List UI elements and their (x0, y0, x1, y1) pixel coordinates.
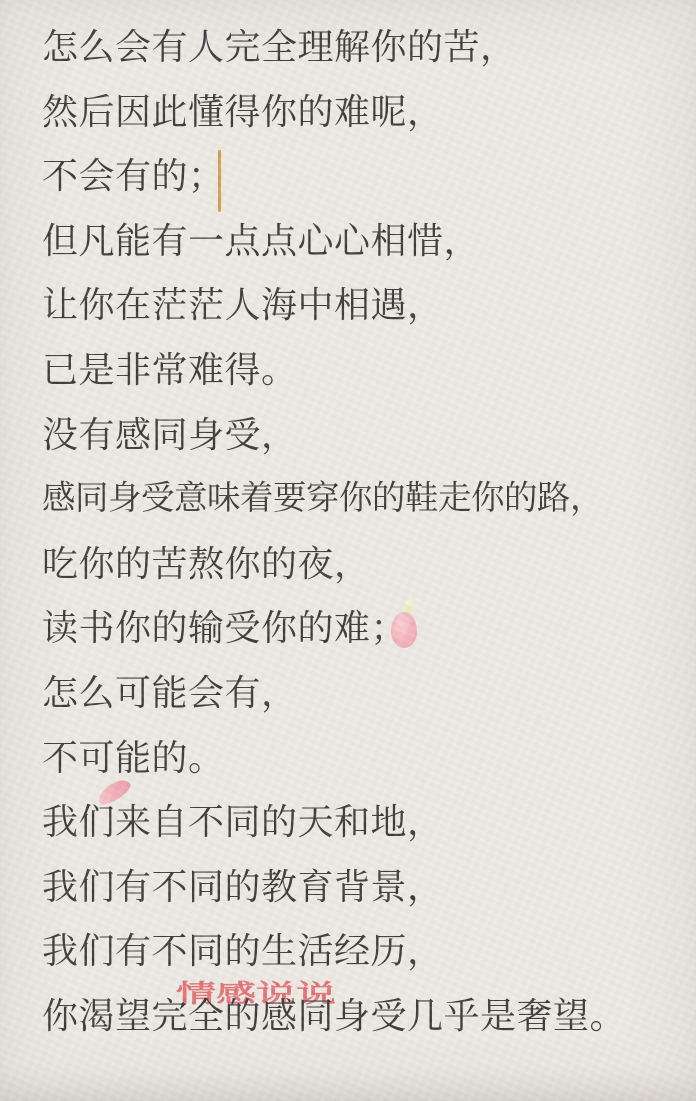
text-line-12: 不可能的。 (42, 726, 690, 791)
text-line-3: 不会有的； (42, 144, 690, 209)
text-line-6: 已是非常难得。 (42, 338, 690, 403)
text-cursor[interactable] (218, 150, 221, 212)
text-line-7-text: 没有感同身受， (42, 414, 298, 455)
quote-card: 怎么会有人完全理解你的苦， 然后因此懂得你的难呢， 不会有的； 但凡能有一点点心… (0, 0, 696, 1101)
text-line-9: 吃你的苦熬你的夜， (42, 532, 690, 597)
text-line-13-text: 我们来自不同的天和地， (42, 801, 444, 842)
text-line-8: 感同身受意味着要穿你的鞋走你的路， (42, 467, 690, 532)
text-line-9-text: 吃你的苦熬你的夜， (42, 543, 371, 584)
text-line-15-text: 我们有不同的生活经历， (42, 930, 444, 971)
text-line-6-text: 已是非常难得。 (42, 349, 298, 390)
text-line-13: 我们来自不同的天和地， (42, 790, 690, 855)
text-line-14: 我们有不同的教育背景， (42, 855, 690, 920)
text-line-16: 你渴望完全的感同身受几乎是奢望。 (42, 984, 690, 1049)
quote-text-area[interactable]: 怎么会有人完全理解你的苦， 然后因此懂得你的难呢， 不会有的； 但凡能有一点点心… (0, 0, 696, 1049)
text-line-8-text: 感同身受意味着要穿你的鞋走你的路， (42, 480, 603, 517)
text-line-4: 但凡能有一点点心心相惜， (42, 209, 690, 274)
text-line-11: 怎么可能会有， (42, 661, 690, 726)
text-line-12-text: 不可能的。 (42, 737, 225, 778)
text-line-2: 然后因此懂得你的难呢， (42, 80, 690, 145)
text-line-10: 读书你的输受你的难； (42, 596, 690, 661)
text-line-10-text: 读书你的输受你的难； (42, 607, 407, 648)
text-line-4-text: 但凡能有一点点心心相惜， (42, 220, 480, 261)
text-line-14-text: 我们有不同的教育背景， (42, 866, 444, 907)
text-line-2-text: 然后因此懂得你的难呢， (42, 91, 444, 132)
text-line-16-text: 你渴望完全的感同身受几乎是奢望。 (42, 995, 626, 1036)
petal-bud-body (391, 612, 417, 648)
text-line-5: 让你在茫茫人海中相遇， (42, 273, 690, 338)
text-line-15: 我们有不同的生活经历， (42, 919, 690, 984)
text-line-7: 没有感同身受， (42, 403, 690, 468)
petal-bud-icon (391, 599, 419, 649)
text-line-3-text: 不会有的； (42, 155, 225, 196)
text-line-11-text: 怎么可能会有， (42, 672, 298, 713)
text-line-1-text: 怎么会有人完全理解你的苦， (42, 26, 517, 67)
text-line-1: 怎么会有人完全理解你的苦， (42, 15, 690, 80)
text-line-5-text: 让你在茫茫人海中相遇， (42, 284, 444, 325)
